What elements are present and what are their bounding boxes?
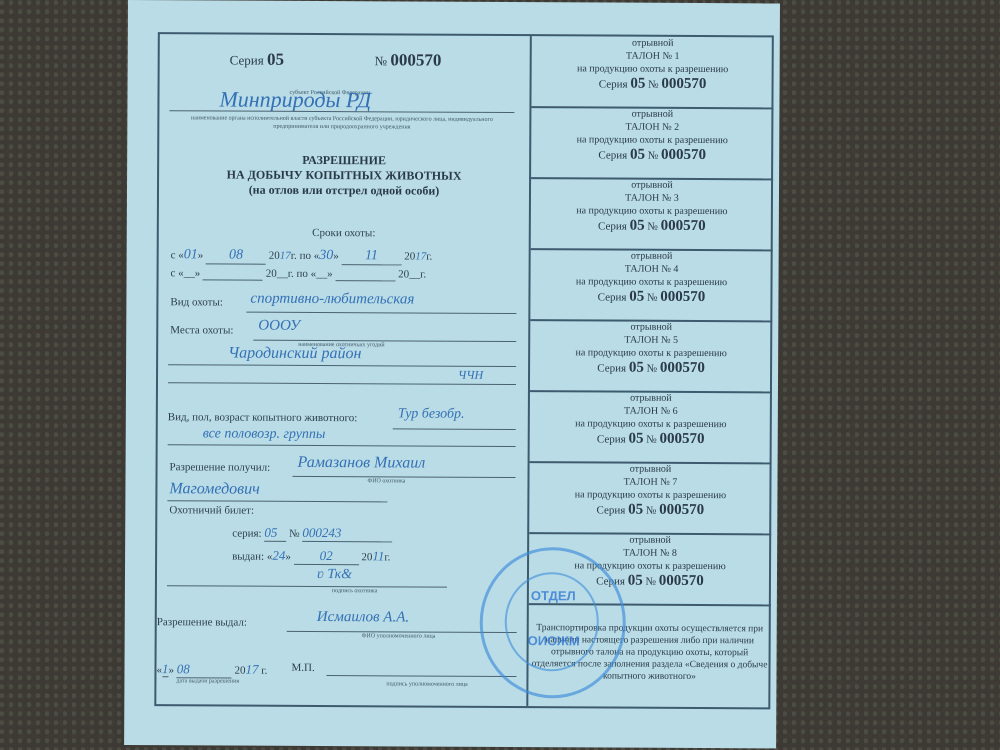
hunt-period-row-1: с «01» 08 2017г. по «30» 11 2017г.	[171, 247, 521, 266]
issued-by-value: Исмаилов А.А.	[317, 609, 409, 626]
recipient-value-2: Магомедович	[169, 480, 259, 498]
official-signature-caption: подпись уполномоченного лица	[386, 681, 467, 687]
issued-by-label: Разрешение выдал:	[157, 616, 247, 628]
permit-frame: Серия 05 № 000570 субъект Российской Фед…	[154, 32, 774, 709]
hunting-ticket-label: Охотничий билет:	[169, 504, 254, 516]
hunting-ticket-issued-row: выдан: «24» 02 2011г.	[232, 548, 390, 566]
talon-6[interactable]: отрывной ТАЛОН № 6 на продукцию охоты к …	[530, 391, 772, 464]
issuer-handwritten: Минприроды РД	[219, 86, 371, 113]
animal-value-1: Тур безобр.	[398, 406, 465, 422]
permit-document: Серия 05 № 000570 субъект Российской Фед…	[124, 0, 780, 748]
animal-label: Вид, пол, возраст копытного животного:	[168, 411, 358, 424]
official-stamp: ОТДЕЛ ОИОЖМ	[479, 547, 626, 699]
recipient-value-1: Рамазанов Михаил	[298, 454, 426, 473]
hunt-place-label: Места охоты:	[170, 324, 233, 336]
series-header: Серия 05	[230, 50, 284, 70]
issue-date-caption: дата выдачи разрешения	[176, 678, 239, 684]
hunter-signature: ʋ Тк&	[317, 567, 352, 583]
recipient-caption: ФИО охотника	[367, 478, 405, 484]
talon-3[interactable]: отрывной ТАЛОН № 3 на продукцию охоты к …	[531, 178, 773, 251]
talon-2[interactable]: отрывной ТАЛОН № 2 на продукцию охоты к …	[531, 107, 773, 180]
number-header: № 000570	[375, 50, 442, 70]
hunt-period-row-2: с «__» 20__г. по «__» 20__г.	[171, 267, 521, 282]
hunting-ticket-series-row: серия: 05 № 000243	[232, 525, 392, 543]
talon-5[interactable]: отрывной ТАЛОН № 5 на продукцию охоты к …	[530, 320, 772, 393]
talon-4[interactable]: отрывной ТАЛОН № 4 на продукцию охоты к …	[530, 249, 772, 322]
mp-label: М.П.	[291, 662, 314, 674]
hunter-signature-caption: подпись охотника	[332, 588, 378, 594]
animal-value-2: все половозр. группы	[203, 426, 326, 443]
issue-date: «1» 08 2017 г.	[156, 661, 267, 679]
permit-main-section: Серия 05 № 000570 субъект Российской Фед…	[156, 34, 530, 706]
hunt-place-value-3: ЧЧН	[458, 368, 483, 383]
issued-by-caption: ФИО уполномоченного лица	[362, 633, 436, 639]
talon-7[interactable]: отрывной ТАЛОН № 7 на продукцию охоты к …	[529, 462, 771, 535]
recipient-label: Разрешение получил:	[170, 461, 271, 474]
permit-title: РАЗРЕШЕНИЕ НА ДОБЫЧУ КОПЫТНЫХ ЖИВОТНЫХ (…	[159, 152, 529, 199]
hunt-period-label: Сроки охоты:	[159, 226, 529, 240]
series-value: 05	[267, 50, 284, 69]
issuer-caption: наименование органа исполнительной власт…	[169, 114, 514, 132]
hunt-place-value-2: Чародинский район	[228, 345, 361, 364]
number-value: 000570	[390, 50, 441, 69]
talon-1[interactable]: отрывной ТАЛОН № 1 на продукцию охоты к …	[531, 36, 773, 109]
hunt-type-value: спортивно-любительская	[250, 291, 414, 309]
hunt-place-value: ОООУ	[258, 318, 300, 335]
hunt-type-label: Вид охоты:	[170, 296, 223, 308]
